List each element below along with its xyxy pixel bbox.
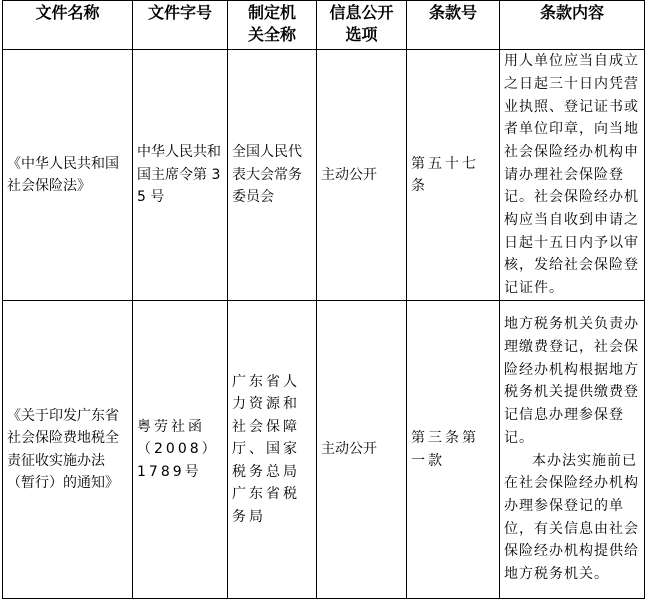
table-row: 《中华人民共和国社会保险法》 中华人民共和国主席令第 35 号 全国人民代表大会… bbox=[3, 50, 645, 301]
table-row: 《关于印发广东省社会保险费地税全责征收实施办法（暂行）的通知》 粤劳社函（200… bbox=[3, 301, 645, 599]
cell-disclosure: 主动公开 bbox=[317, 301, 407, 599]
header-file-number: 文件字号 bbox=[133, 1, 228, 50]
cell-clause-content: 地方税务机关负责办理缴费登记，社会保险经办机构根据地方税务机关提供缴费登记信息办… bbox=[500, 301, 645, 599]
cell-authority: 广东省人力资源和社会保障厅、国家税务总局广东省税务局 bbox=[228, 301, 317, 599]
cell-file-number: 粤劳社函（2008）1789号 bbox=[133, 301, 228, 599]
cell-disclosure: 主动公开 bbox=[317, 50, 407, 301]
cell-clause-no: 第三条第一款 bbox=[407, 301, 500, 599]
header-authority: 制定机关全称 bbox=[228, 1, 317, 50]
clause-paragraph: 本办法实施前已在社会保险经办机构办理参保登记的单位，有关信息由社会保险经办机构提… bbox=[504, 450, 641, 586]
header-disclosure: 信息公开选项 bbox=[317, 1, 407, 50]
cell-file-name: 《关于印发广东省社会保险费地税全责征收实施办法（暂行）的通知》 bbox=[3, 301, 133, 599]
cell-authority: 全国人民代表大会常务委员会 bbox=[228, 50, 317, 301]
header-file-name: 文件名称 bbox=[3, 1, 133, 50]
cell-file-name: 《中华人民共和国社会保险法》 bbox=[3, 50, 133, 301]
regulation-table: 文件名称 文件字号 制定机关全称 信息公开选项 条款号 条款内容 《中华人民共和… bbox=[2, 0, 645, 599]
cell-clause-no: 第五十七条 bbox=[407, 50, 500, 301]
header-row: 文件名称 文件字号 制定机关全称 信息公开选项 条款号 条款内容 bbox=[3, 1, 645, 50]
cell-file-number: 中华人民共和国主席令第 35 号 bbox=[133, 50, 228, 301]
clause-paragraph: 用人单位应当自成立之日起三十日内凭营业执照、登记证书或者单位印章，向当地社会保险… bbox=[504, 50, 641, 300]
header-clause-content: 条款内容 bbox=[500, 1, 645, 50]
header-clause-no: 条款号 bbox=[407, 1, 500, 50]
cell-clause-content: 用人单位应当自成立之日起三十日内凭营业执照、登记证书或者单位印章，向当地社会保险… bbox=[500, 50, 645, 301]
clause-paragraph: 地方税务机关负责办理缴费登记，社会保险经办机构根据地方税务机关提供缴费登记信息办… bbox=[504, 313, 641, 449]
